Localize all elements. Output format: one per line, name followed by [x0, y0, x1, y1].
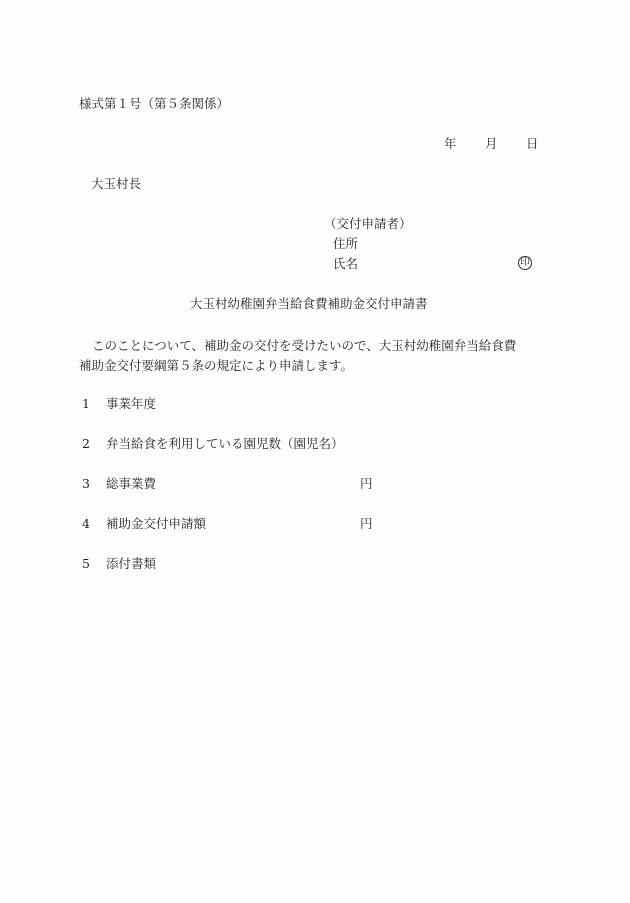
item-label: 添付書類 — [106, 556, 156, 572]
item-number: 4 — [79, 516, 93, 532]
item-number: 3 — [79, 476, 93, 492]
body-line-2: 補助金交付要綱第５条の規定により申請します。 — [79, 356, 554, 376]
item-label: 事業年度 — [106, 396, 156, 412]
applicant-heading: （交付申請者） — [324, 216, 412, 232]
date-month-label: 月 — [485, 136, 498, 152]
date-day-label: 日 — [526, 136, 539, 152]
addressee: 大玉村長 — [91, 176, 141, 192]
item-unit-yen: 円 — [360, 476, 373, 492]
form-number: 様式第１号（第５条関係） — [79, 96, 229, 112]
item-number: 1 — [79, 396, 93, 412]
item-number: 5 — [79, 556, 93, 572]
address-label: 住所 — [333, 236, 358, 252]
name-label: 氏名 — [333, 256, 358, 272]
date-year-label: 年 — [444, 136, 457, 152]
item-unit-yen: 円 — [360, 516, 373, 532]
body-line-1: このことについて、補助金の交付を受けたいので、大玉村幼稚園弁当給食費 — [79, 336, 554, 356]
document-title: 大玉村幼稚園弁当給食費補助金交付申請書 — [190, 296, 428, 312]
seal-icon: 印 — [518, 256, 532, 270]
item-label: 弁当給食を利用している園児数（園児名） — [106, 436, 344, 452]
body-paragraph: このことについて、補助金の交付を受けたいので、大玉村幼稚園弁当給食費 補助金交付… — [79, 336, 554, 376]
item-number: 2 — [79, 436, 93, 452]
item-label: 総事業費 — [106, 476, 156, 492]
item-label: 補助金交付申請額 — [106, 516, 206, 532]
